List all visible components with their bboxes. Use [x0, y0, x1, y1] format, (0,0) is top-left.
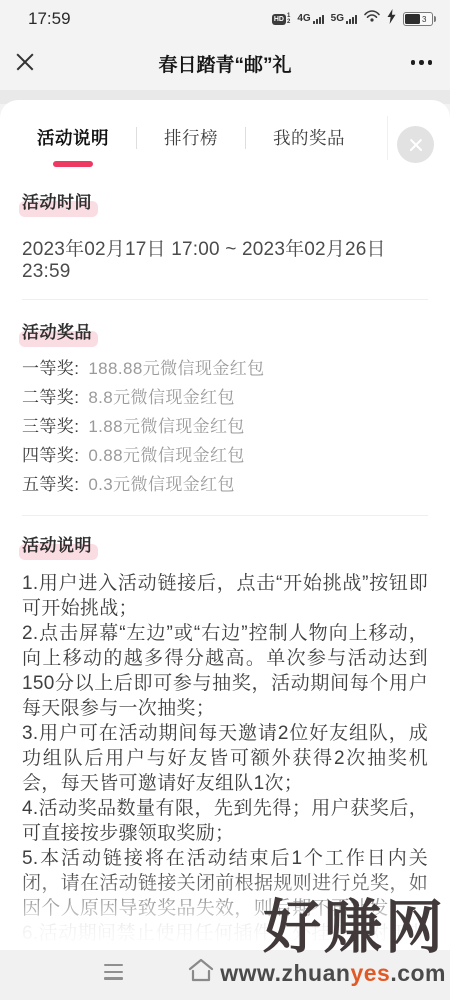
clock: 17:59	[28, 9, 71, 29]
tab-divider	[136, 127, 137, 149]
tab-activity-rules[interactable]: 活动说明	[37, 125, 109, 150]
tab-divider	[245, 127, 246, 149]
panel-close-icon[interactable]	[397, 126, 434, 163]
rule-paragraph: 3.用户可在活动期间每天邀请2位好友组队，成功组队后用户与好友皆可额外获得2次抽…	[22, 721, 428, 796]
activity-content: 活动时间 2023年02月17日 17:00 ~ 2023年02月26日 23:…	[0, 175, 450, 950]
section-title-prizes: 活动奖品	[22, 318, 92, 343]
tab-my-prizes[interactable]: 我的奖品	[273, 125, 345, 150]
tab-bar: 活动说明 排行榜 我的奖品	[0, 100, 450, 175]
prize-row: 二等奖:8.8元微信现金红包	[22, 383, 428, 412]
prize-row: 四等奖:0.88元微信现金红包	[22, 441, 428, 470]
prize-row: 五等奖:0.3元微信现金红包	[22, 470, 428, 499]
rule-paragraph: 2.点击屏幕“左边”或“右边”控制人物向上移动，向上移动的越多得分越高。单次参与…	[22, 621, 428, 721]
page-title: 春日踏青“邮”礼	[0, 50, 450, 77]
section-title-time: 活动时间	[22, 188, 92, 213]
section-title-rules: 活动说明	[22, 531, 92, 556]
rules-text: 1.用户进入活动链接后，点击“开始挑战”按钮即可开始挑战； 2.点击屏幕“左边”…	[22, 571, 428, 950]
menu-icon[interactable]	[104, 964, 123, 984]
active-tab-indicator	[53, 161, 93, 167]
bottom-bar	[0, 950, 450, 1000]
tab-leaderboard[interactable]: 排行榜	[164, 125, 218, 150]
charging-bolt-icon	[387, 9, 396, 29]
sim1-signal-icon: 4G	[297, 14, 323, 24]
prize-list: 一等奖:188.88元微信现金红包 二等奖:8.8元微信现金红包 三等奖:1.8…	[22, 354, 428, 499]
hd-volte-icon: HD 1 2	[272, 13, 290, 25]
rule-paragraph: 5.本活动链接将在活动结束后1个工作日内关闭，请在活动链接关闭前根据规则进行兑奖…	[22, 846, 428, 921]
rule-paragraph: 6.活动期间禁止使用任何插件、外挂等，对于非正常手段参与活动的用户，活动方有权取…	[22, 921, 428, 950]
sim2-signal-icon: 5G	[331, 14, 357, 24]
status-icons: HD 1 2 4G 5G	[272, 9, 436, 29]
rule-paragraph: 4.活动奖品数量有限，先到先得；用户获奖后，可直接按步骤领取奖励；	[22, 796, 428, 846]
prize-row: 三等奖:1.88元微信现金红包	[22, 412, 428, 441]
more-menu-icon[interactable]	[411, 60, 433, 65]
activity-card: 活动说明 排行榜 我的奖品 活动时间 2023年02月17日 17:00 ~ 2…	[0, 100, 450, 950]
wifi-icon	[364, 10, 380, 28]
status-bar: 17:59 HD 1 2 4G 5G	[0, 0, 450, 34]
battery-icon: 3	[403, 12, 436, 26]
rule-paragraph: 1.用户进入活动链接后，点击“开始挑战”按钮即可开始挑战；	[22, 571, 428, 621]
tab-divider	[387, 116, 388, 160]
activity-date-range: 2023年02月17日 17:00 ~ 2023年02月26日 23:59	[22, 234, 428, 283]
prize-row: 一等奖:188.88元微信现金红包	[22, 354, 428, 383]
nav-bar: 春日踏青“邮”礼	[0, 34, 450, 90]
